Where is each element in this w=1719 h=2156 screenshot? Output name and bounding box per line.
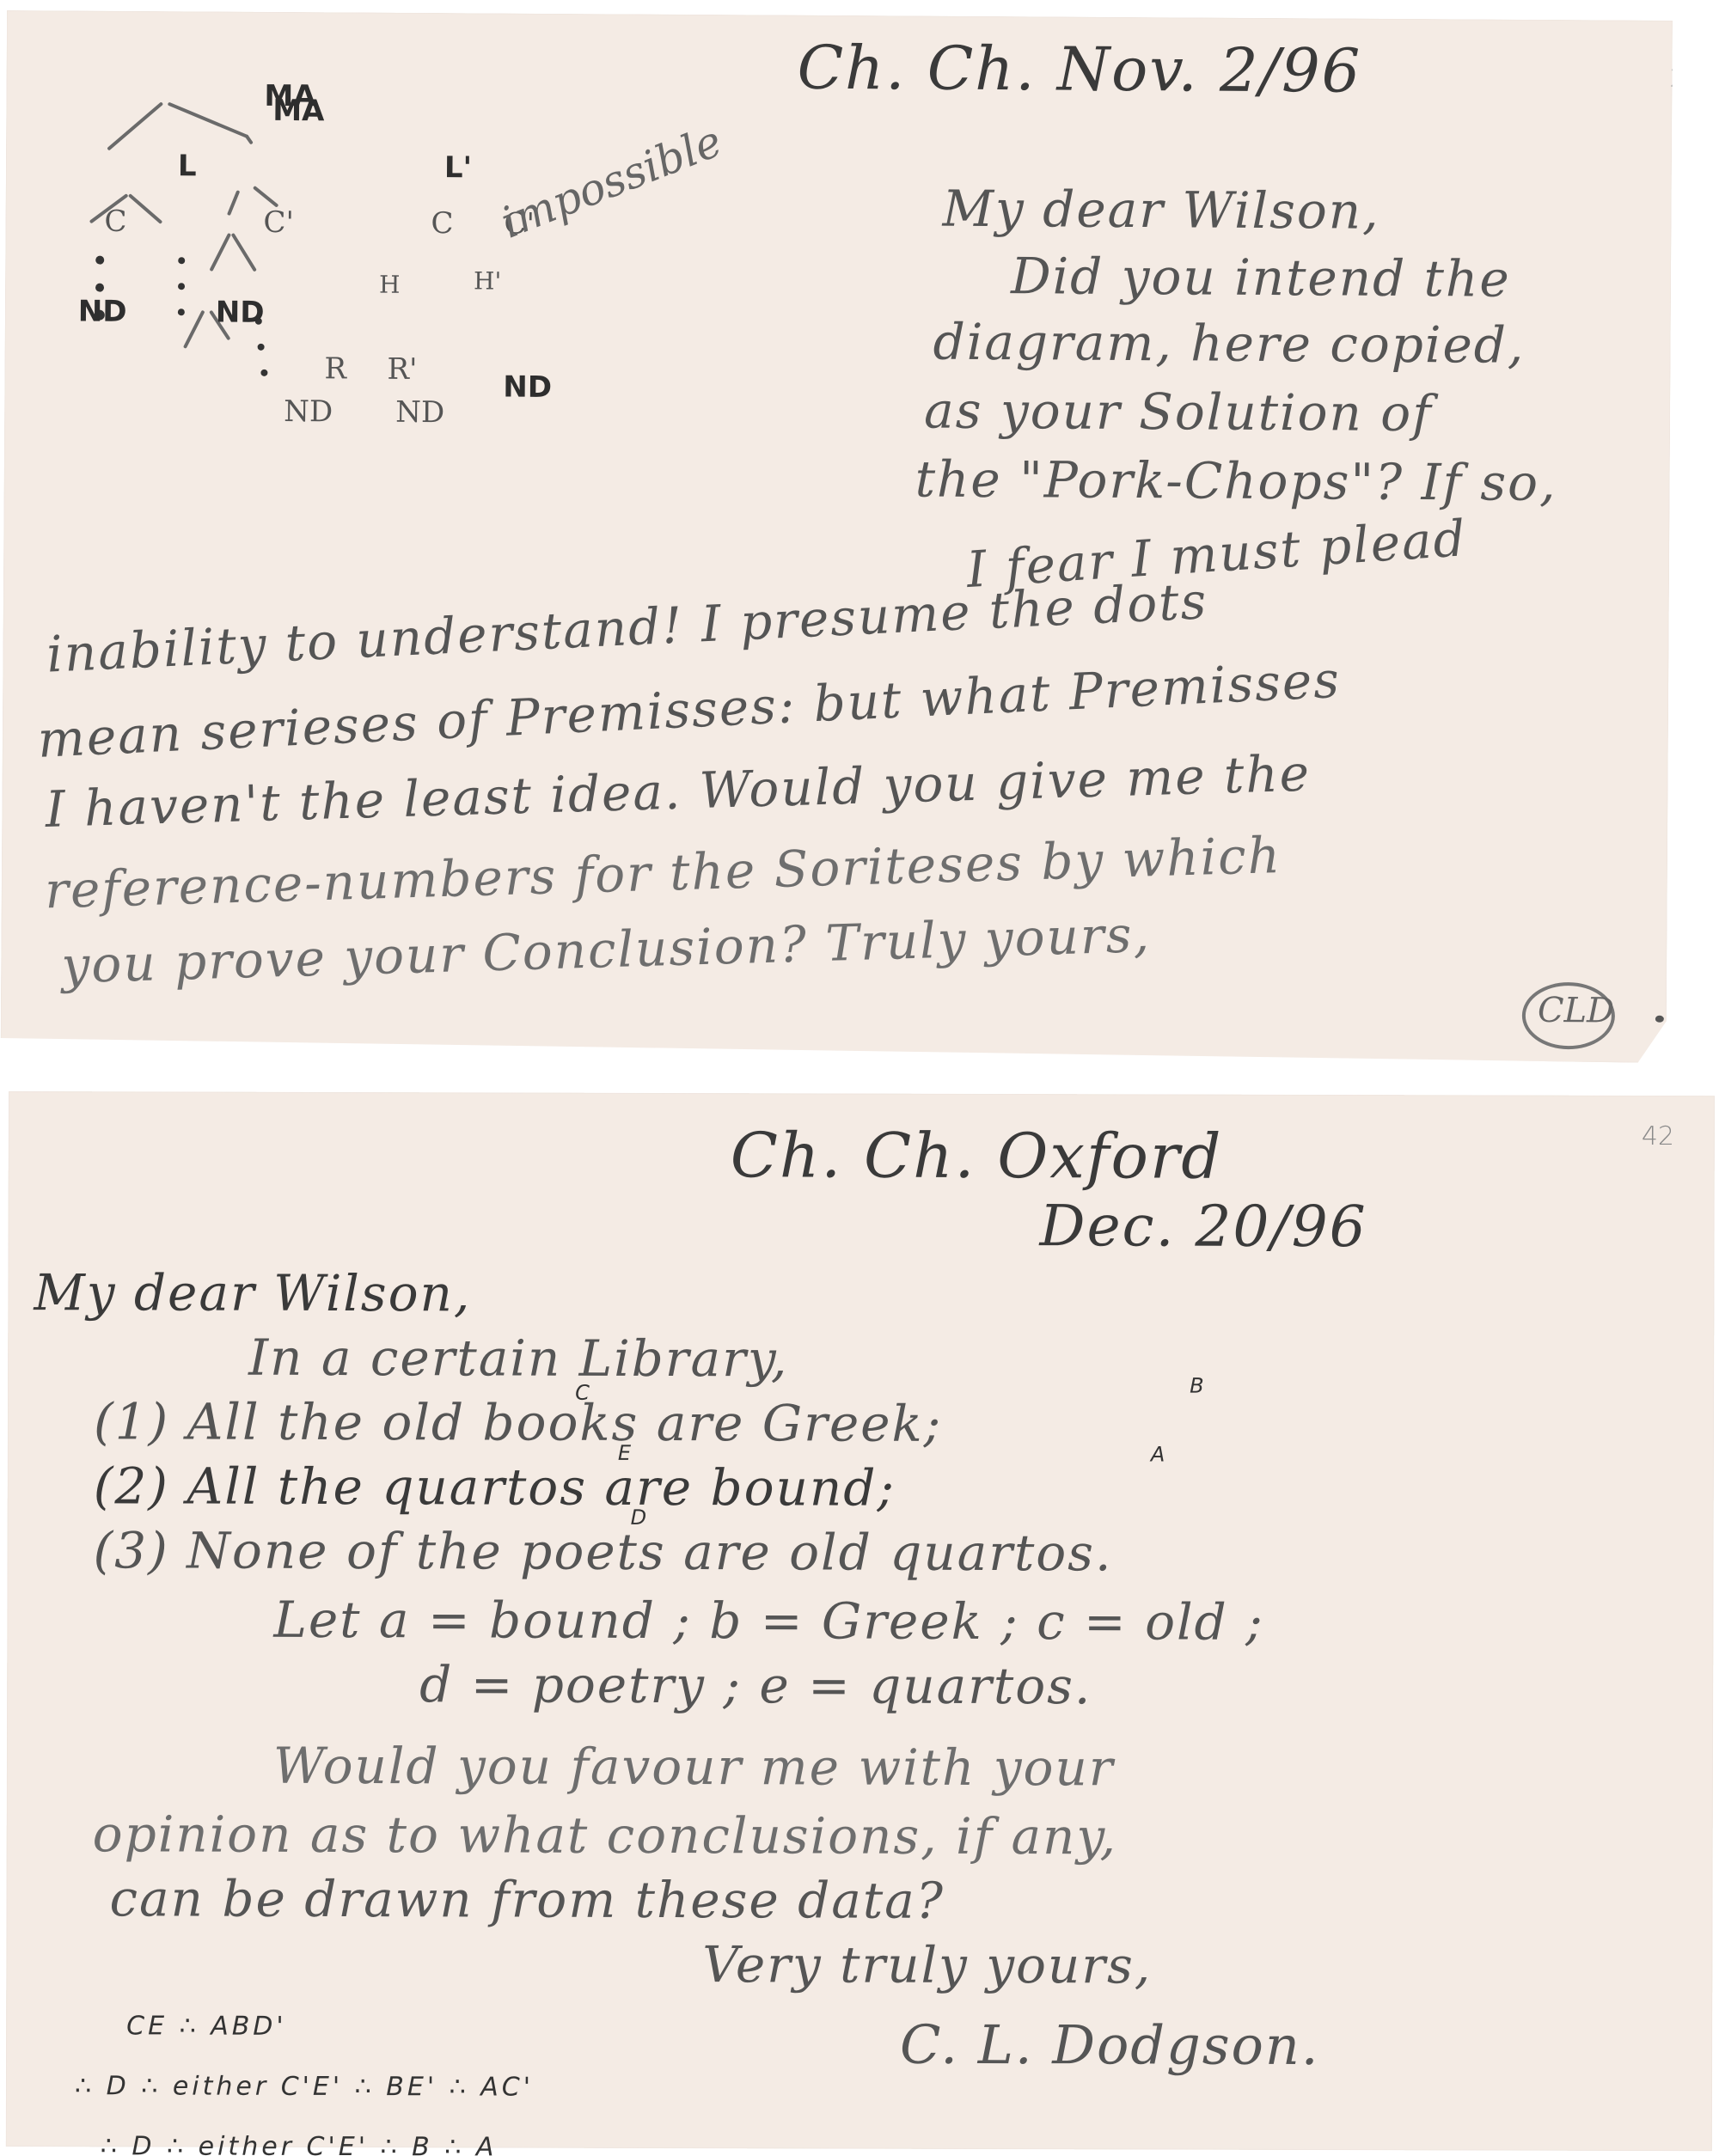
monogram-signature: CLD <box>1522 982 1615 1050</box>
letter-2-salutation: My dear Wilson, <box>34 1263 471 1322</box>
mark-d: D <box>631 1506 651 1530</box>
mark-b: B <box>1190 1374 1208 1398</box>
letter-2-header-date: Dec. 20/96 <box>1039 1193 1367 1260</box>
letter-2-closing: Very truly yours, <box>702 1935 1152 1994</box>
node-h: H <box>379 271 401 299</box>
letter-1-line: diagram, here copied, <box>933 313 1525 375</box>
leaf-nd-3: ND <box>284 394 333 429</box>
premise-number: (3) <box>94 1521 169 1579</box>
letter-1-line: Did you intend the <box>1011 247 1511 308</box>
letter-1-salutation: My dear Wilson, <box>942 180 1379 241</box>
premise-number: (2) <box>94 1457 169 1515</box>
letter-2-header-place: Ch. Ch. Oxford <box>731 1119 1223 1192</box>
pencil-note: ∴ D ∴ either C'E' ∴ B ∴ A <box>101 2131 498 2156</box>
mark-e: E <box>618 1441 634 1465</box>
mark-c: C <box>575 1381 593 1405</box>
premise-3: (3) None of the poets are old quartos. <box>94 1521 1113 1582</box>
node-r: R <box>324 351 346 386</box>
letter-1-line: the "Pork-Chops"? If so, <box>915 449 1557 512</box>
mark-a: A <box>1151 1442 1168 1466</box>
signature-text: CLD <box>1538 991 1615 1031</box>
premise-2: (2) All the quartos are bound; <box>94 1457 896 1517</box>
premise-text: All the quartos are bound; <box>187 1457 896 1518</box>
question-line: Would you favour me with your <box>273 1737 1115 1798</box>
pencil-notes: CE ∴ ABD' ∴ D ∴ either C'E' ∴ BE' ∴ AC' … <box>9 1091 1715 1096</box>
question-line: opinion as to what conclusions, if any, <box>93 1805 1117 1866</box>
letter-card-2: 42 Ch. Ch. Oxford Dec. 20/96 My dear Wil… <box>6 1091 1715 2151</box>
pencil-note: CE ∴ ABD' <box>126 2011 287 2041</box>
letter-2-signature: C. L. Dodgson. <box>900 2013 1320 2077</box>
leaf-nd-5: ND <box>503 370 552 405</box>
node-c: C <box>104 205 126 239</box>
node-c-right: C <box>431 206 453 241</box>
node-l-prime: L' <box>444 150 472 185</box>
node-c-prime: C' <box>263 205 294 240</box>
leaf-nd-4: ND <box>395 395 444 430</box>
node-l: L <box>178 149 197 183</box>
question-line: can be drawn from these data? <box>109 1869 945 1930</box>
letter-1-line: as your Solution of <box>924 382 1433 443</box>
letter-card-1: 22 MA MA <box>1 10 1673 1063</box>
letter-1-header: Ch. Ch. Nov. 2/96 <box>797 33 1361 107</box>
definitions-line-2: d = poetry ; e = quartos. <box>419 1655 1092 1715</box>
diagram-nodes: MA L L' C C' C C' impossible H H' R R' N… <box>7 10 1673 21</box>
premise-text: None of the poets are old quartos. <box>187 1522 1112 1583</box>
premise-1: (1) All the old books are Greek; <box>94 1392 942 1453</box>
premise-text: All the old books are Greek; <box>187 1393 943 1453</box>
node-root-ma: MA <box>264 79 315 113</box>
node-r-prime: R' <box>387 352 417 387</box>
letter-1-line: you prove your Conclusion? Truly yours, <box>61 905 1152 994</box>
definitions-line-1: Let a = bound ; b = Greek ; c = old ; <box>273 1591 1264 1652</box>
leaf-nd-1: ND <box>78 295 127 329</box>
archive-number: 42 <box>1642 1121 1674 1151</box>
letter-2-intro: In a certain Library, <box>248 1328 788 1389</box>
premise-number: (1) <box>94 1392 169 1451</box>
pencil-note: ∴ D ∴ either C'E' ∴ BE' ∴ AC' <box>75 2071 534 2102</box>
ink-blot <box>1655 1016 1664 1023</box>
archive-number: 22 <box>1669 64 1702 94</box>
premise-list: (1) All the old books are Greek; (2) All… <box>9 1091 1715 1096</box>
leaf-nd-2: ND <box>216 295 265 329</box>
node-h-prime: H' <box>474 266 501 295</box>
